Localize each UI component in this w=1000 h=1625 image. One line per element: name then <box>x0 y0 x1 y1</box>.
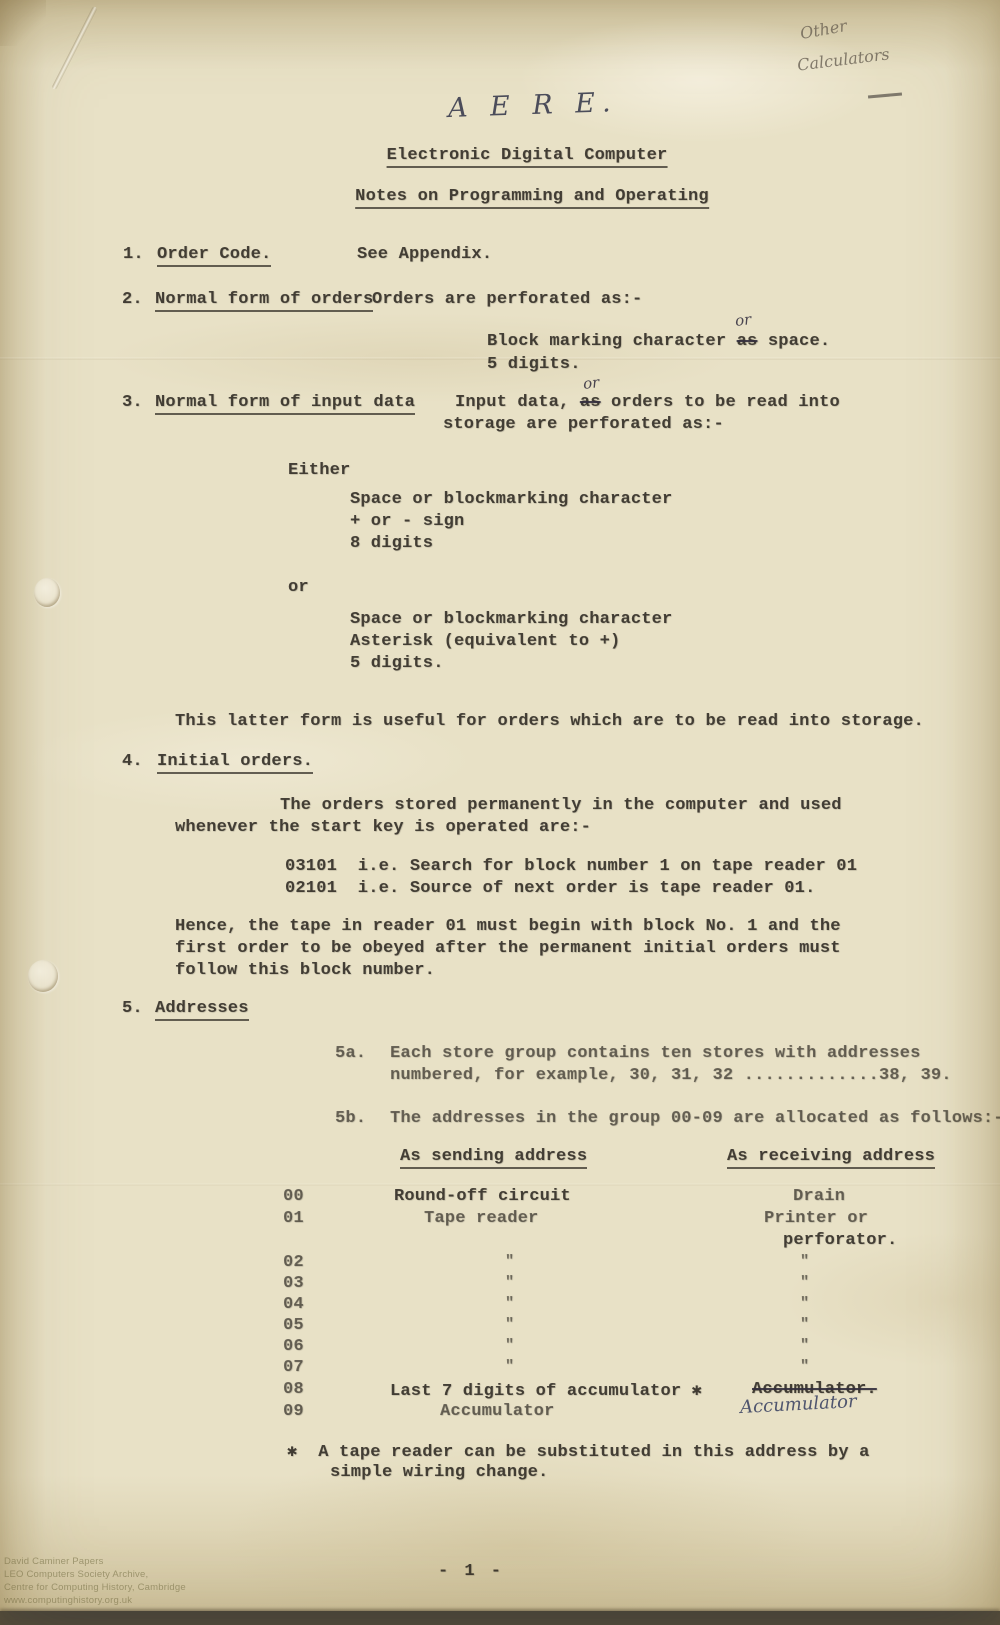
section-3-number: 3. <box>122 393 143 412</box>
section-5a-number: 5a. <box>335 1044 366 1063</box>
section-5b-line1: The addresses in the group 00-09 are all… <box>390 1109 1000 1128</box>
table-row-01-recv-line2: perforator. <box>783 1231 897 1250</box>
table-row-07-recv-ditto: " <box>800 1358 809 1375</box>
table-row-00-send: Round-off circuit <box>394 1187 571 1206</box>
table-row-06-send-ditto: " <box>505 1337 514 1354</box>
struck-word-as: as <box>580 393 601 412</box>
table-row-08-send: Last 7 digits of accumulator ✱ <box>390 1380 702 1401</box>
option-b-line1: Space or blockmarking character <box>350 610 672 629</box>
scanned-document-page: Other Calculators A E R E. or or Accumul… <box>0 0 1000 1625</box>
initial-order-1: 03101 i.e. Search for block number 1 on … <box>285 857 857 876</box>
table-row-05-addr: 05 <box>283 1316 304 1335</box>
table-row-00-recv: Drain <box>793 1187 845 1206</box>
table-row-08-addr: 08 <box>283 1380 304 1399</box>
section-4-para2-line2: first order to be obeyed after the perma… <box>175 939 841 958</box>
watermark-line4: www.computinghistory.org.uk <box>4 1595 132 1606</box>
table-row-02-send-ditto: " <box>505 1253 514 1270</box>
typed-text-layer: Electronic Digital Computer Notes on Pro… <box>0 0 1000 1625</box>
watermark-line3: Centre for Computing History, Cambridge <box>4 1582 186 1593</box>
table-row-06-recv-ditto: " <box>800 1337 809 1354</box>
section-5b-number: 5b. <box>335 1109 366 1128</box>
struck-word-as: as <box>737 332 758 351</box>
section-4-number: 4. <box>122 752 143 771</box>
section-5-heading: Addresses <box>155 999 249 1018</box>
table-row-05-recv-ditto: " <box>800 1316 809 1333</box>
or-label: or <box>288 578 309 597</box>
table-row-06-addr: 06 <box>283 1337 304 1356</box>
table-row-08-recv-struck: Accumulator. <box>752 1380 877 1399</box>
footnote-line2: simple wiring change. <box>330 1463 548 1482</box>
block-marking-line: Block marking character as space. <box>487 332 830 351</box>
document-title: Electronic Digital Computer <box>387 146 668 165</box>
section-3-text-line2: storage are perforated as:- <box>443 415 724 434</box>
initial-order-2: 02101 i.e. Source of next order is tape … <box>285 879 816 898</box>
section-4-para2-line3: follow this block number. <box>175 961 435 980</box>
table-header-sending: As sending address <box>400 1147 587 1166</box>
section-1-number: 1. <box>123 245 144 264</box>
watermark-line1: David Caminer Papers <box>4 1556 104 1567</box>
table-row-05-send-ditto: " <box>505 1316 514 1333</box>
option-b-line2: Asterisk (equivalent to +) <box>350 632 620 651</box>
table-row-04-addr: 04 <box>283 1295 304 1314</box>
section-5a-line1: Each store group contains ten stores wit… <box>390 1044 921 1063</box>
section-2-number: 2. <box>122 290 143 309</box>
table-row-03-recv-ditto: " <box>800 1274 809 1291</box>
table-row-01-addr: 01 <box>283 1209 304 1228</box>
option-b-line3: 5 digits. <box>350 654 444 673</box>
table-row-04-send-ditto: " <box>505 1295 514 1312</box>
section-3-text-line1: Input data, as orders to be read into <box>455 393 840 412</box>
section-4-heading: Initial orders. <box>157 752 313 771</box>
section-1-text: See Appendix. <box>357 245 492 264</box>
section-4-para-line1: The orders stored permanently in the com… <box>280 796 842 815</box>
scan-edge <box>0 1611 1000 1625</box>
section-5-number: 5. <box>122 999 143 1018</box>
option-a-line2: + or - sign <box>350 512 464 531</box>
footnote-line1: ✱ A tape reader can be substituted in th… <box>287 1441 870 1462</box>
watermark-line2: LEO Computers Society Archive, <box>4 1569 148 1580</box>
table-header-receiving: As receiving address <box>727 1147 935 1166</box>
table-row-04-recv-ditto: " <box>800 1295 809 1312</box>
option-a-line1: Space or blockmarking character <box>350 490 672 509</box>
table-row-03-send-ditto: " <box>505 1274 514 1291</box>
section-2-heading: Normal form of orders <box>155 290 373 309</box>
either-label: Either <box>288 461 350 480</box>
section-3-heading: Normal form of input data <box>155 393 415 412</box>
option-a-line3: 8 digits <box>350 534 433 553</box>
section-4-para2-line1: Hence, the tape in reader 01 must begin … <box>175 917 841 936</box>
table-row-01-send: Tape reader <box>424 1209 538 1228</box>
table-row-09-send: Accumulator <box>440 1402 554 1421</box>
table-row-01-recv: Printer or <box>764 1209 868 1228</box>
table-row-03-addr: 03 <box>283 1274 304 1293</box>
table-row-09-addr: 09 <box>283 1402 304 1421</box>
latter-form-note: This latter form is useful for orders wh… <box>175 712 924 731</box>
section-4-para-line2: whenever the start key is operated are:- <box>175 818 591 837</box>
five-digits-line: 5 digits. <box>487 355 581 374</box>
table-row-00-addr: 00 <box>283 1187 304 1206</box>
table-row-02-recv-ditto: " <box>800 1253 809 1270</box>
table-row-07-send-ditto: " <box>505 1358 514 1375</box>
page-number: - 1 - <box>438 1562 504 1581</box>
document-subtitle: Notes on Programming and Operating <box>355 187 709 206</box>
table-row-02-addr: 02 <box>283 1253 304 1272</box>
section-2-text: Orders are perforated as:- <box>372 290 642 309</box>
table-row-07-addr: 07 <box>283 1358 304 1377</box>
section-1-heading: Order Code. <box>157 245 271 264</box>
section-5a-line2: numbered, for example, 30, 31, 32 ......… <box>390 1066 952 1085</box>
